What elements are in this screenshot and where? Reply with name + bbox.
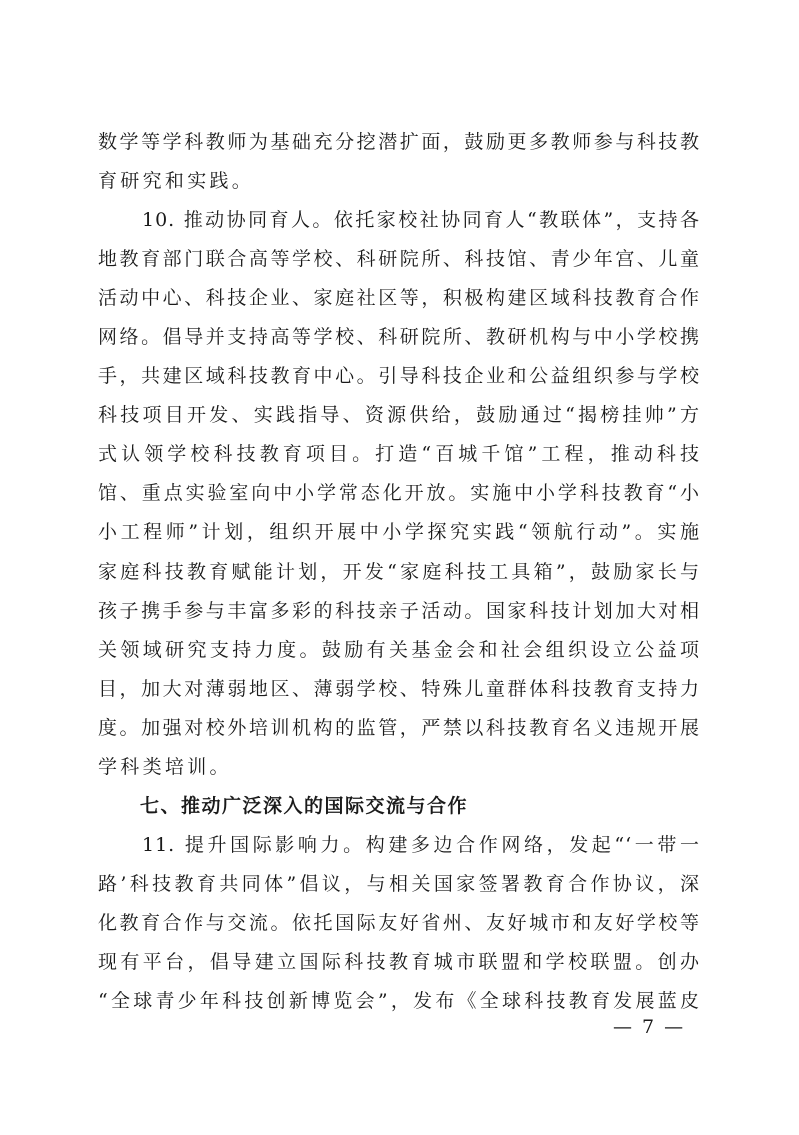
paragraph-line: 学科类培训。 bbox=[98, 748, 700, 787]
paragraph-line: 网络。倡导并支持高等学校、科研院所、教研机构与中小学校携 bbox=[98, 318, 700, 357]
section-heading: 七、推动广泛深入的国际交流与合作 bbox=[98, 787, 700, 826]
paragraph-line: 活动中心、科技企业、家庭社区等，积极构建区域科技教育合作 bbox=[98, 279, 700, 318]
paragraph-10-first-line: 10. 推动协同育人。依托家校社协同育人“教联体”，支持各 bbox=[98, 201, 700, 240]
paragraph-11-first-line: 11. 提升国际影响力。构建多边合作网络，发起“‘一带一 bbox=[98, 826, 700, 865]
paragraph-line: 数学等学科教师为基础充分挖潜扩面，鼓励更多教师参与科技教 bbox=[98, 123, 700, 162]
paragraph-line: 度。加强对校外培训机构的监管，严禁以科技教育名义违规开展 bbox=[98, 709, 700, 748]
paragraph-line: 现有平台，倡导建立国际科技教育城市联盟和学校联盟。创办 bbox=[98, 943, 700, 982]
paragraph-line: 孩子携手参与丰富多彩的科技亲子活动。国家科技计划加大对相 bbox=[98, 592, 700, 631]
paragraph-line: 目，加大对薄弱地区、薄弱学校、特殊儿童群体科技教育支持力 bbox=[98, 670, 700, 709]
paragraph-line: 科技项目开发、实践指导、资源供给，鼓励通过“揭榜挂帅”方 bbox=[98, 396, 700, 435]
paragraph-line: 式认领学校科技教育项目。打造“百城千馆”工程，推动科技 bbox=[98, 435, 700, 474]
paragraph-line: 小工程师”计划，组织开展中小学探究实践“领航行动”。实施 bbox=[98, 513, 700, 552]
document-body: 数学等学科教师为基础充分挖潜扩面，鼓励更多教师参与科技教 育研究和实践。 10.… bbox=[98, 123, 700, 1021]
paragraph-line: 家庭科技教育赋能计划，开发“家庭科技工具箱”，鼓励家长与 bbox=[98, 553, 700, 592]
document-page: 数学等学科教师为基础充分挖潜扩面，鼓励更多教师参与科技教 育研究和实践。 10.… bbox=[0, 0, 799, 1135]
paragraph-line: 馆、重点实验室向中小学常态化开放。实施中小学科技教育“小 bbox=[98, 474, 700, 513]
paragraph-line: “全球青少年科技创新博览会”，发布《全球科技教育发展蓝皮 bbox=[98, 982, 700, 1021]
paragraph-line: 手，共建区域科技教育中心。引导科技企业和公益组织参与学校 bbox=[98, 357, 700, 396]
page-number: — 7 — bbox=[613, 1014, 685, 1040]
paragraph-line: 育研究和实践。 bbox=[98, 162, 700, 201]
paragraph-line: 化教育合作与交流。依托国际友好省州、友好城市和友好学校等 bbox=[98, 904, 700, 943]
paragraph-line: 关领域研究支持力度。鼓励有关基金会和社会组织设立公益项 bbox=[98, 631, 700, 670]
paragraph-line: 地教育部门联合高等学校、科研院所、科技馆、青少年宫、儿童 bbox=[98, 240, 700, 279]
paragraph-line: 路’科技教育共同体”倡议，与相关国家签署教育合作协议，深 bbox=[98, 865, 700, 904]
